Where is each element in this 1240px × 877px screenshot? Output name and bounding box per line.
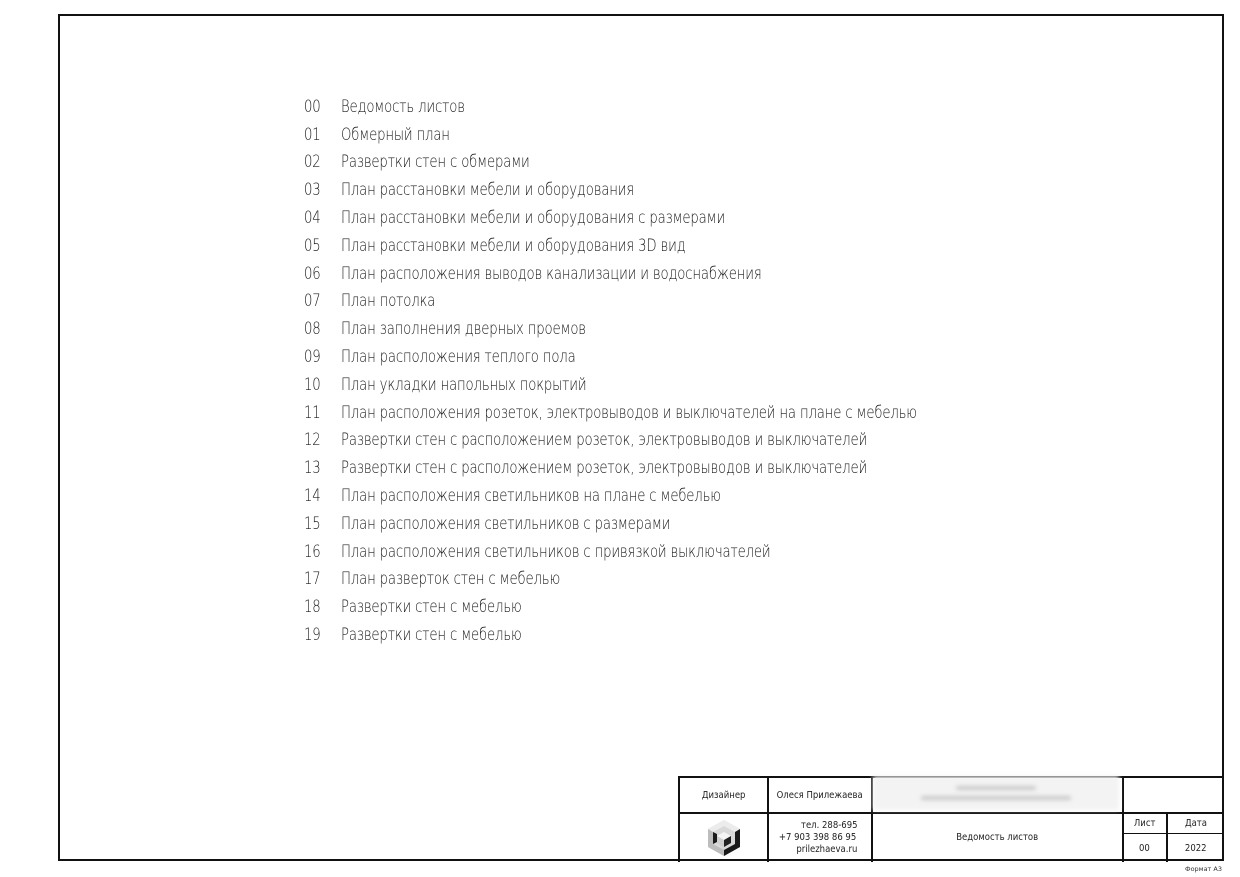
sheet-number: 16 [304, 542, 333, 562]
sheet-list-item: 12Развертки стен с расположением розеток… [304, 427, 1079, 455]
sheet-number: 19 [304, 625, 333, 645]
role-label-cell: Дизайнер [680, 778, 767, 812]
designer-name: Олеся Прилежаева [776, 790, 862, 801]
sheet-title: План расстановки мебели и оборудования с… [341, 208, 725, 228]
sheet-title: Развертки стен с мебелью [341, 597, 522, 617]
sheet-number: 18 [304, 597, 333, 617]
blurred-address-block [873, 776, 1119, 810]
sheet-title: План заполнения дверных проемов [341, 319, 586, 339]
sheet-number: 02 [304, 152, 333, 172]
sheet-number: 05 [304, 236, 333, 256]
role-label: Дизайнер [702, 790, 746, 801]
sheet-list-item: 04План расстановки мебели и оборудования… [304, 204, 1079, 232]
phone-2: +7 903 398 86 95 [779, 832, 856, 844]
designer-name-cell: Олеся Прилежаева [768, 778, 871, 812]
sheet-list-item: 06План расположения выводов канализации … [304, 260, 1079, 288]
sheet-list-item: 01Обмерный план [304, 121, 1079, 149]
sheet-title-cell: Ведомость листов [872, 813, 1122, 862]
sheet-title: Развертки стен с расположением розеток, … [341, 430, 867, 450]
sheet-title: Развертки стен с обмерами [341, 152, 530, 172]
isometric-cube-logo-icon [704, 818, 744, 858]
sheet-title: План расположения теплого пола [341, 347, 576, 367]
sheet-list-item: 02Развертки стен с обмерами [304, 149, 1079, 177]
sheet-title: План расположения розеток, электровыводо… [341, 403, 917, 423]
sheet-title: Ведомость листов [956, 832, 1038, 843]
sheet-list-item: 03План расстановки мебели и оборудования [304, 176, 1079, 204]
phone-1: тел. 288-695 [801, 820, 858, 832]
sheet-number: 10 [304, 375, 333, 395]
sheet-title: Обмерный план [341, 125, 450, 145]
sheet-number: 04 [304, 208, 333, 228]
sheet-list-item: 16План расположения светильников с привя… [304, 538, 1079, 566]
sheet-list-item: 18Развертки стен с мебелью [304, 593, 1079, 621]
sheet-title: План расположения светильников с привязк… [341, 542, 770, 562]
format-label: Формат А3 [1185, 865, 1222, 873]
sheet-number: 14 [304, 486, 333, 506]
sheet-list-item: 11План расположения розеток, электровыво… [304, 399, 1079, 427]
date-label: Дата [1184, 818, 1206, 829]
sheet-number: 03 [304, 180, 333, 200]
date-label-cell: Дата [1167, 813, 1224, 833]
sheet-title: Ведомость листов [341, 97, 465, 117]
sheet-title: План расположения светильников на плане … [341, 486, 721, 506]
logo-cell [680, 813, 767, 862]
sheet-list-item: 10План укладки напольных покрытий [304, 371, 1079, 399]
sheet-index-list: 00Ведомость листов01Обмерный план02Разве… [304, 93, 1079, 649]
sheet-title: Развертки стен с расположением розеток, … [341, 458, 867, 478]
sheet-number-cell: 00 [1123, 834, 1166, 862]
sheet-list-item: 07План потолка [304, 288, 1079, 316]
contacts-cell: тел. 288-695 +7 903 398 86 95 prilezhaev… [768, 813, 871, 862]
sheet-list-item: 14План расположения светильников на план… [304, 482, 1079, 510]
sheet-number: 11 [304, 403, 333, 423]
sheet-number: 13 [304, 458, 333, 478]
sheet-title: План расстановки мебели и оборудования [341, 180, 634, 200]
sheet-title: План разверток стен с мебелью [341, 569, 560, 589]
sheet-number: 06 [304, 264, 333, 284]
sheet-title: План расстановки мебели и оборудования 3… [341, 236, 686, 256]
sheet-number: 09 [304, 347, 333, 367]
sheet-number: 12 [304, 430, 333, 450]
date-value: 2022 [1185, 843, 1207, 854]
date-value-cell: 2022 [1167, 834, 1224, 862]
sheet-list-item: 09План расположения теплого пола [304, 343, 1079, 371]
sheet-number: 01 [304, 125, 333, 145]
sheet-number: 00 [304, 97, 333, 117]
sheet-title: План расположения выводов канализации и … [341, 264, 762, 284]
sheet-list-item: 08План заполнения дверных проемов [304, 315, 1079, 343]
sheet-number: 17 [304, 569, 333, 589]
website-link[interactable]: prilezhaeva.ru [797, 844, 858, 856]
sheet-title: План потолка [341, 291, 435, 311]
sheet-number: 07 [304, 291, 333, 311]
sheet-list-item: 05План расстановки мебели и оборудования… [304, 232, 1079, 260]
sheet-title: Развертки стен с мебелью [341, 625, 522, 645]
sheet-list-item: 17План разверток стен с мебелью [304, 566, 1079, 594]
sheet-list-item: 13Развертки стен с расположением розеток… [304, 454, 1079, 482]
sheet-title: План укладки напольных покрытий [341, 375, 586, 395]
sheet-number: 15 [304, 514, 333, 534]
sheet-list-item: 00Ведомость листов [304, 93, 1079, 121]
sheet-list-item: 19Развертки стен с мебелью [304, 621, 1079, 649]
sheet-number: 00 [1139, 843, 1150, 854]
sheet-list-item: 15План расположения светильников с разме… [304, 510, 1079, 538]
sheet-title: План расположения светильников с размера… [341, 514, 670, 534]
sheet-number: 08 [304, 319, 333, 339]
sheet-label: Лист [1134, 818, 1156, 829]
sheet-label-cell: Лист [1123, 813, 1166, 833]
